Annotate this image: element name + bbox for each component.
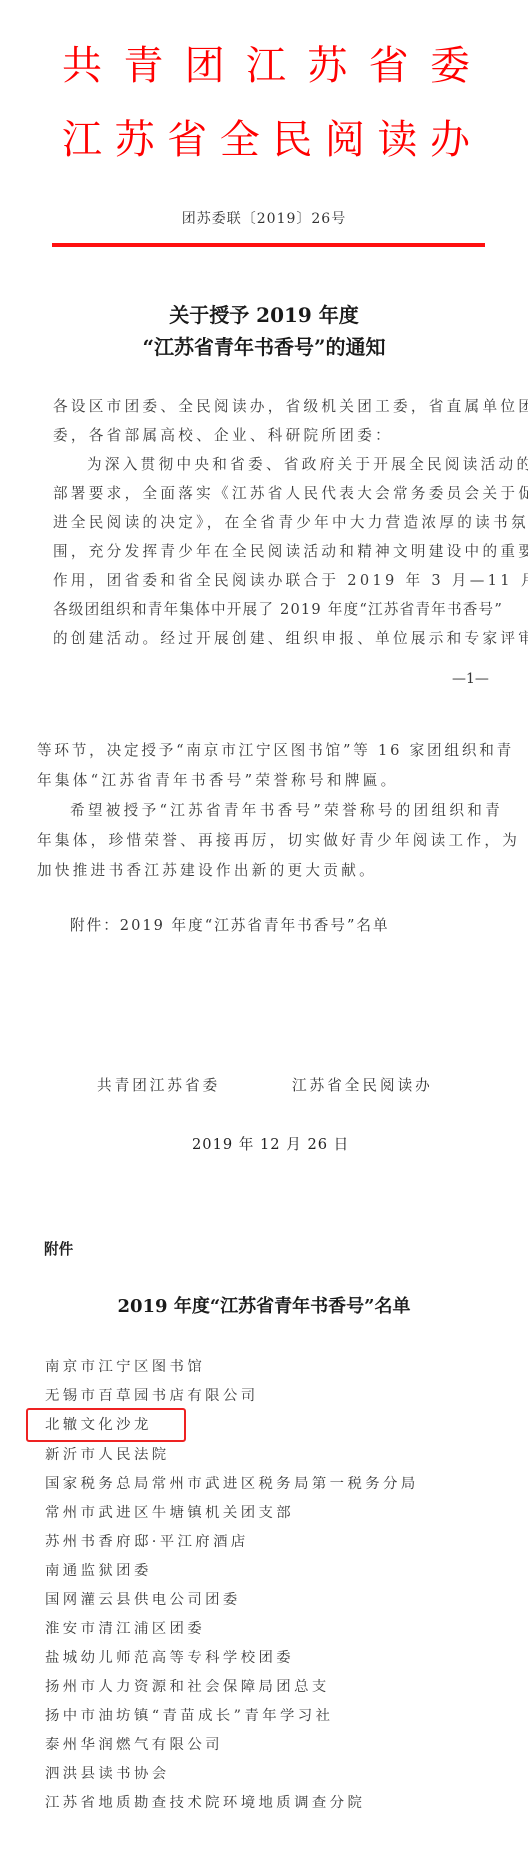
masthead-char: 省	[367, 42, 411, 90]
attachment-label: 附件	[44, 1238, 73, 1259]
body-line: 各设区市团委、全民阅读办，省级机关团工委，省直属单位团	[53, 397, 528, 417]
masthead-char: 苏	[305, 42, 349, 90]
red-divider-rule	[52, 243, 485, 247]
masthead-char: 办	[428, 116, 472, 164]
list-item: 新沂市人民法院	[45, 1445, 170, 1465]
list-item: 江苏省地质勘查技术院环境地质调查分院	[45, 1793, 365, 1813]
body-line: 为深入贯彻中央和省委、省政府关于开展全民阅读活动的	[87, 455, 528, 475]
list-item: 常州市武进区牛塘镇机关团支部	[45, 1503, 294, 1523]
body-line: 部署要求，全面落实《江苏省人民代表大会常务委员会关于促	[53, 484, 528, 504]
body-line: 的创建活动。经过开展创建、组织申报、单位展示和专家评审	[53, 629, 528, 649]
masthead-char: 委	[428, 42, 472, 90]
page-number: —1—	[452, 671, 489, 687]
document-number: 团苏委联〔2019〕26号	[0, 210, 528, 228]
masthead-line-1: 共 青 团 江 苏 省 委	[60, 42, 472, 90]
list-item: 泰州华润燃气有限公司	[45, 1735, 223, 1755]
signature-reading-office: 江苏省全民阅读办	[292, 1074, 433, 1095]
list-item: 国家税务总局常州市武进区税务局第一税务分局	[45, 1474, 419, 1494]
masthead-char: 苏	[113, 116, 157, 164]
signature-youth-league: 共青团江苏省委	[97, 1074, 220, 1095]
notice-title-line-2: “江苏省青年书香号”的通知	[0, 332, 528, 362]
masthead-char: 省	[165, 116, 209, 164]
masthead-char: 民	[270, 116, 314, 164]
issue-date: 2019 年 12 月 26 日	[192, 1133, 349, 1154]
masthead-char: 全	[218, 116, 262, 164]
body-line: 年集体“江苏省青年书香号”荣誉称号和牌匾。	[37, 771, 399, 791]
notice-title-line-1: 关于授予 2019 年度	[0, 300, 528, 330]
masthead-char: 阅	[323, 116, 367, 164]
highlight-box	[26, 1408, 186, 1442]
list-item: 盐城幼儿师范高等专科学校团委	[45, 1648, 294, 1668]
body-line: 进全民阅读的决定》，在全省青少年中大力营造浓厚的读书氛	[53, 513, 528, 533]
list-item: 南京市江宁区图书馆	[45, 1357, 205, 1377]
masthead-char: 江	[244, 42, 288, 90]
masthead-char: 读	[375, 116, 419, 164]
masthead-char: 青	[121, 42, 165, 90]
body-line: 各级团组织和青年集体中开展了 2019 年度“江苏省青年书香号”	[53, 600, 503, 620]
attachment-reference: 附件：2019 年度“江苏省青年书香号”名单	[70, 914, 390, 935]
list-item: 无锡市百草园书店有限公司	[45, 1386, 259, 1406]
list-item: 泗洪县读书协会	[45, 1764, 170, 1784]
masthead-char: 江	[60, 116, 104, 164]
masthead-line-2: 江 苏 省 全 民 阅 读 办	[60, 116, 472, 164]
body-line: 围，充分发挥青少年在全民阅读活动和精神文明建设中的重要	[53, 542, 528, 562]
masthead-char: 团	[183, 42, 227, 90]
body-line: 希望被授予“江苏省青年书香号”荣誉称号的团组织和青	[70, 801, 503, 821]
list-item: 扬州市人力资源和社会保障局团总支	[45, 1677, 330, 1697]
list-item: 苏州书香府邸·平江府酒店	[45, 1532, 249, 1552]
body-line: 加快推进书香江苏建设作出新的更大贡献。	[37, 861, 377, 881]
body-line: 等环节，决定授予“南京市江宁区图书馆”等 16 家团组织和青	[37, 741, 514, 761]
list-item: 国网灌云县供电公司团委	[45, 1590, 241, 1610]
body-line: 委，各省部属高校、企业、科研院所团委：	[53, 426, 393, 446]
list-item: 南通监狱团委	[45, 1561, 152, 1581]
attachment-list-title: 2019 年度“江苏省青年书香号”名单	[0, 1292, 528, 1318]
body-line: 作用，团省委和省全民阅读办联合于 2019 年 3 月—11 月在全省	[53, 571, 528, 591]
list-item: 扬中市油坊镇“青苗成长”青年学习社	[45, 1706, 333, 1726]
list-item: 淮安市清江浦区团委	[45, 1619, 205, 1639]
body-line: 年集体，珍惜荣誉、再接再厉，切实做好青少年阅读工作，为	[37, 831, 520, 851]
masthead-char: 共	[60, 42, 104, 90]
